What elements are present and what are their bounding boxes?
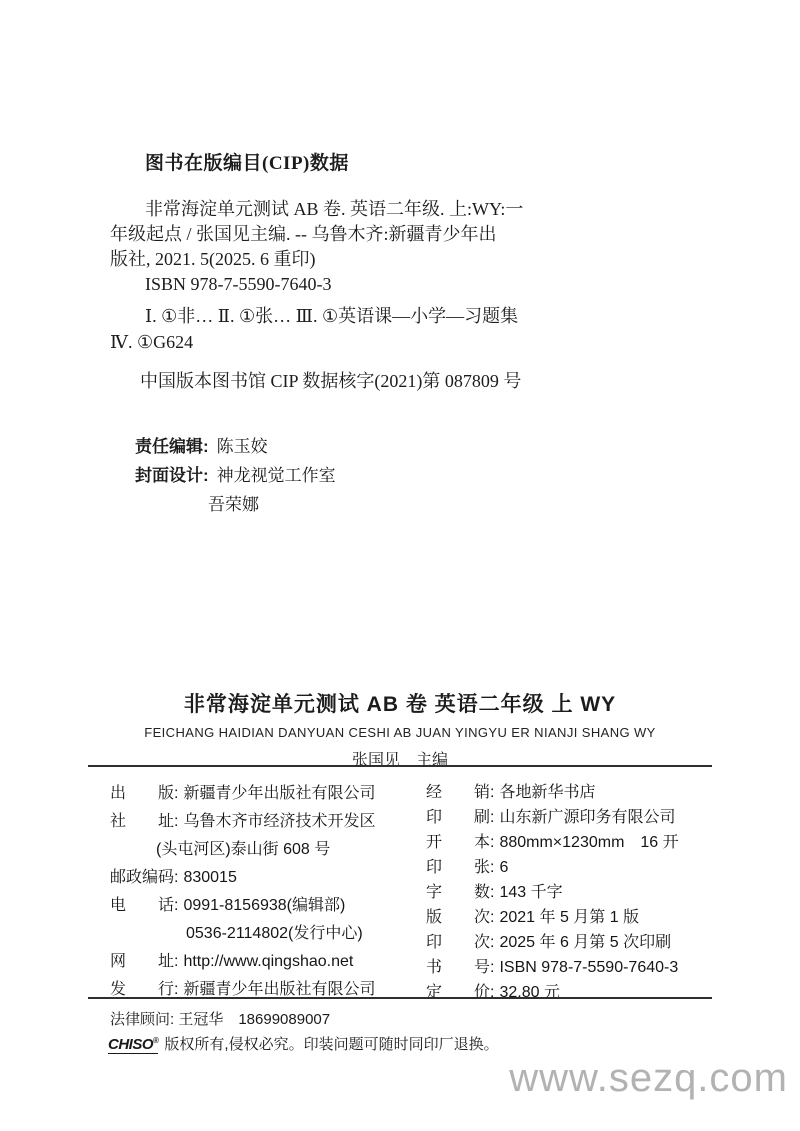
responsible-editor-row: 责任编辑:陈玉姣 [135, 432, 336, 461]
seller-label: 经 销: [426, 784, 494, 801]
format-label: 开 本: [426, 834, 494, 851]
cip-heading: 图书在版编目(CIP)数据 [145, 148, 349, 175]
isbn-label: 书 号: [426, 959, 494, 976]
cover-design-row: 封面设计:神龙视觉工作室 [135, 461, 336, 490]
wordcount-row: 字 数:143 千字 [426, 880, 714, 905]
cip-description-line: 年级起点 / 张国见主编. -- 乌鲁木齐:新疆青少年出 [110, 222, 710, 247]
impression-label: 印 次: [426, 934, 494, 951]
printer-row: 印 刷:山东新广源印务有限公司 [426, 805, 714, 830]
distributor-value: 新疆青少年出版社有限公司 [183, 981, 375, 998]
price-row: 定 价:32.80 元 [426, 980, 714, 1005]
address-value: 乌鲁木齐市经济技术开发区 [183, 813, 375, 830]
isbn-value: ISBN 978-7-5590-7640-3 [499, 959, 678, 976]
website-value: http://www.qingshao.net [183, 953, 353, 970]
publisher-label: 出 版: [110, 785, 178, 802]
postcode-row: 邮政编码:830015 [110, 864, 426, 892]
copyright-notice-line: CHISO®版权所有,侵权必究。印装问题可随时同印厂退换。 [108, 1033, 499, 1054]
address-label: 社 址: [110, 813, 178, 830]
colophon-right-column: 经 销:各地新华书店 印 刷:山东新广源印务有限公司 开 本:880mm×123… [426, 780, 714, 1005]
address-row-2: (头屯河区)泰山街 608 号 [110, 836, 426, 864]
phone-value: 0991-8156938(编辑部) [183, 897, 345, 914]
phone-value-2: 0536-2114802(发行中心) [186, 925, 363, 942]
publisher-row: 出 版:新疆青少年出版社有限公司 [110, 780, 426, 808]
staff-credits: 责任编辑:陈玉姣 封面设计:神龙视觉工作室 吾荣娜 [135, 432, 336, 519]
website-row: 网 址:http://www.qingshao.net [110, 948, 426, 976]
cover-design-value-2: 吾荣娜 [208, 495, 259, 514]
book-title-pinyin: FEICHANG HAIDIAN DANYUAN CESHI AB JUAN Y… [0, 725, 800, 740]
seller-value: 各地新华书店 [499, 784, 595, 801]
format-value: 880mm×1230mm 16 开 [499, 834, 678, 851]
edition-label: 版 次: [426, 909, 494, 926]
edition-row: 版 次:2021 年 5 月第 1 版 [426, 905, 714, 930]
cover-design-value: 神龙视觉工作室 [217, 466, 336, 485]
edition-value: 2021 年 5 月第 1 版 [499, 909, 639, 926]
format-row: 开 本:880mm×1230mm 16 开 [426, 830, 714, 855]
copyright-notice-text: 版权所有,侵权必究。印装问题可随时同印厂退换。 [164, 1036, 498, 1053]
cip-classification-line: Ⅰ. ①非… Ⅱ. ①张… Ⅲ. ①英语课—小学—习题集 [110, 303, 710, 329]
title-block: 非常海淀单元测试 AB 卷 英语二年级 上 WY FEICHANG HAIDIA… [0, 688, 800, 770]
wordcount-label: 字 数: [426, 884, 494, 901]
phone-row-2: 0536-2114802(发行中心) [110, 920, 426, 948]
colophon-left-column: 出 版:新疆青少年出版社有限公司 社 址:乌鲁木齐市经济技术开发区 (头屯河区)… [110, 780, 426, 1005]
printer-label: 印 刷: [426, 809, 494, 826]
colophon-table: 出 版:新疆青少年出版社有限公司 社 址:乌鲁木齐市经济技术开发区 (头屯河区)… [110, 780, 714, 1005]
responsible-editor-label: 责任编辑: [135, 437, 209, 456]
cip-classification-line: Ⅳ. ①G624 [110, 329, 710, 355]
distributor-label: 发 行: [110, 981, 178, 998]
address-row: 社 址:乌鲁木齐市经济技术开发区 [110, 808, 426, 836]
postcode-label: 邮政编码: [110, 869, 178, 886]
copyright-page: 图书在版编目(CIP)数据 非常海淀单元测试 AB 卷. 英语二年级. 上:WY… [0, 0, 800, 1131]
publisher-value: 新疆青少年出版社有限公司 [183, 785, 375, 802]
impression-value: 2025 年 6 月第 5 次印刷 [499, 934, 671, 951]
impression-row: 印 次:2025 年 6 月第 5 次印刷 [426, 930, 714, 955]
isbn-row: 书 号:ISBN 978-7-5590-7640-3 [426, 955, 714, 980]
cover-design-label: 封面设计: [135, 466, 209, 485]
seller-row: 经 销:各地新华书店 [426, 780, 714, 805]
printer-value: 山东新广源印务有限公司 [499, 809, 675, 826]
responsible-editor-value: 陈玉姣 [217, 437, 268, 456]
legal-advisor-line: 法律顾问: 王冠华 18699089007 [110, 1008, 330, 1029]
divider-bottom [88, 997, 712, 999]
address-value-2: (头屯河区)泰山街 608 号 [156, 841, 330, 858]
chiso-logo-text: CHISO [108, 1036, 153, 1053]
phone-label: 电 话: [110, 897, 178, 914]
sheets-label: 印 张: [426, 859, 494, 876]
cip-description-line: 非常海淀单元测试 AB 卷. 英语二年级. 上:WY:一 [110, 197, 710, 222]
postcode-value: 830015 [183, 869, 236, 886]
website-label: 网 址: [110, 953, 178, 970]
distributor-row: 发 行:新疆青少年出版社有限公司 [110, 976, 426, 1004]
phone-row: 电 话:0991-8156938(编辑部) [110, 892, 426, 920]
wordcount-value: 143 千字 [499, 884, 562, 901]
registered-trademark-icon: ® [153, 1036, 158, 1045]
divider-top [88, 765, 712, 767]
book-title: 非常海淀单元测试 AB 卷 英语二年级 上 WY [0, 688, 800, 718]
cip-record-number: 中国版本图书馆 CIP 数据核字(2021)第 087809 号 [140, 367, 521, 393]
cover-design-row-2: 吾荣娜 [135, 490, 336, 519]
cip-isbn-line: ISBN 978-7-5590-7640-3 [110, 272, 710, 297]
watermark: www.sezq.com [509, 1056, 788, 1101]
cip-description: 非常海淀单元测试 AB 卷. 英语二年级. 上:WY:一 年级起点 / 张国见主… [110, 197, 710, 297]
chiso-logo: CHISO® [108, 1036, 158, 1054]
cip-description-line: 版社, 2021. 5(2025. 6 重印) [110, 247, 710, 272]
cip-classification: Ⅰ. ①非… Ⅱ. ①张… Ⅲ. ①英语课—小学—习题集 Ⅳ. ①G624 [110, 303, 710, 355]
sheets-row: 印 张:6 [426, 855, 714, 880]
sheets-value: 6 [499, 859, 508, 876]
